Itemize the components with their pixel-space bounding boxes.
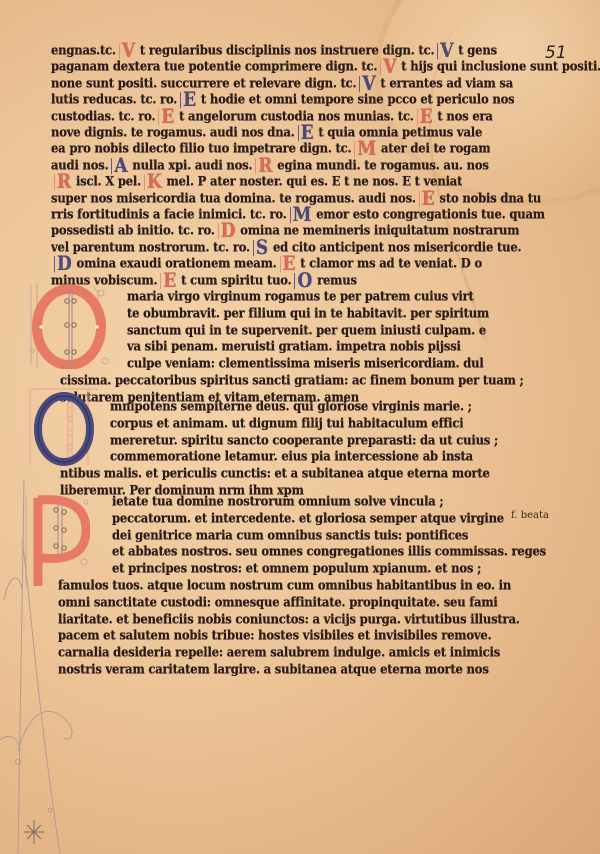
rubricated-capital: M bbox=[354, 142, 378, 158]
text-run: omina ne memineris iniquitatum nostrarum bbox=[240, 222, 519, 238]
text-run: t regularibus disciplinis nos instruere … bbox=[140, 42, 434, 58]
marginal-vine-drawing bbox=[0, 480, 200, 854]
rubricated-capital: E bbox=[280, 256, 298, 272]
text-run: sto nobis dna tu bbox=[440, 190, 542, 206]
rubricated-capital: E bbox=[417, 109, 435, 125]
text-run: lutis reducas. tc. ro. bbox=[51, 91, 177, 107]
text-run: remus bbox=[317, 272, 357, 288]
text-run: rris fortitudinis a facie inimici. tc. r… bbox=[51, 206, 287, 222]
illuminated-initial-o-red bbox=[27, 281, 110, 369]
text-run: ea pro nobis dilecto filio tuo impetrare… bbox=[51, 140, 351, 156]
text-run: t clamor ms ad te veniat. D o bbox=[300, 255, 482, 271]
rubricated-capital: V bbox=[359, 76, 377, 92]
rubricated-capital: E bbox=[158, 109, 176, 125]
marginal-annotation: f. beata bbox=[511, 510, 549, 521]
rubricated-capital: K bbox=[144, 174, 164, 190]
text-run: possedisti ab initio. tc. ro. bbox=[51, 222, 215, 238]
text-run: t hodie et omni tempore sine pcco et per… bbox=[201, 91, 515, 107]
rubricated-capital: M bbox=[290, 207, 314, 223]
text-run: engnas.tc. bbox=[51, 42, 116, 58]
text-run: t cum spiritu tuo. bbox=[181, 272, 291, 288]
text-run: t nos era bbox=[437, 108, 492, 124]
rubricated-capital: E bbox=[298, 125, 316, 141]
rubricated-capital: V bbox=[380, 60, 398, 76]
text-run: none sunt positi. succurrere et relevare… bbox=[51, 75, 356, 91]
text-run: t gens bbox=[458, 42, 497, 58]
rubricated-capital: V bbox=[119, 43, 137, 59]
text-run: vel parentum nostrorum. tc. ro. bbox=[51, 239, 250, 255]
text-run: mel. P ater noster. qui es. E t ne nos. … bbox=[167, 173, 463, 189]
rubricated-capital: D bbox=[218, 224, 238, 240]
rubricated-capital: E bbox=[419, 191, 437, 207]
text-run: emor esto congregationis tue. quam bbox=[316, 206, 545, 222]
text-run: t errantes ad viam sa bbox=[380, 75, 513, 91]
rubricated-capital: R bbox=[54, 174, 73, 190]
text-run: paganam dextera tue potentie comprimere … bbox=[51, 58, 377, 74]
text-run: audi nos. bbox=[51, 157, 108, 173]
text-run: nulla xpi. audi nos. bbox=[132, 157, 252, 173]
rubricated-capital: E bbox=[180, 92, 198, 108]
text-run: ater dei te rogam bbox=[381, 140, 490, 156]
rubricated-capital: R bbox=[255, 158, 274, 174]
text-run: egina mundi. te rogamus. au. nos bbox=[277, 157, 488, 173]
text-run: omina exaudi orationem meam. bbox=[77, 255, 277, 271]
illuminated-initial-o-blue bbox=[28, 387, 100, 467]
rubricated-capital: A bbox=[111, 158, 129, 174]
rubricated-capital: V bbox=[437, 43, 455, 59]
text-run: super nos misericordia tua domina. te ro… bbox=[51, 190, 416, 206]
rubricated-capital: S bbox=[253, 240, 270, 256]
text-run: iscl. X pel. bbox=[76, 173, 141, 189]
text-run: t angelorum custodia nos munias. tc. bbox=[179, 108, 414, 124]
text-run: ed cito anticipent nos misericordie tue. bbox=[273, 239, 521, 255]
text-run: t quia omnia petimus vale bbox=[318, 124, 482, 140]
text-run: nove dignis. te rogamus. audi nos dna. bbox=[51, 124, 295, 140]
rubricated-capital: E bbox=[160, 273, 178, 289]
rubricated-capital: D bbox=[54, 256, 74, 272]
text-run: t hijs qui inclusione sunt positi. succu… bbox=[401, 58, 600, 74]
text-run: custodias. tc. ro. bbox=[51, 108, 155, 124]
rubricated-capital: O bbox=[294, 273, 314, 289]
